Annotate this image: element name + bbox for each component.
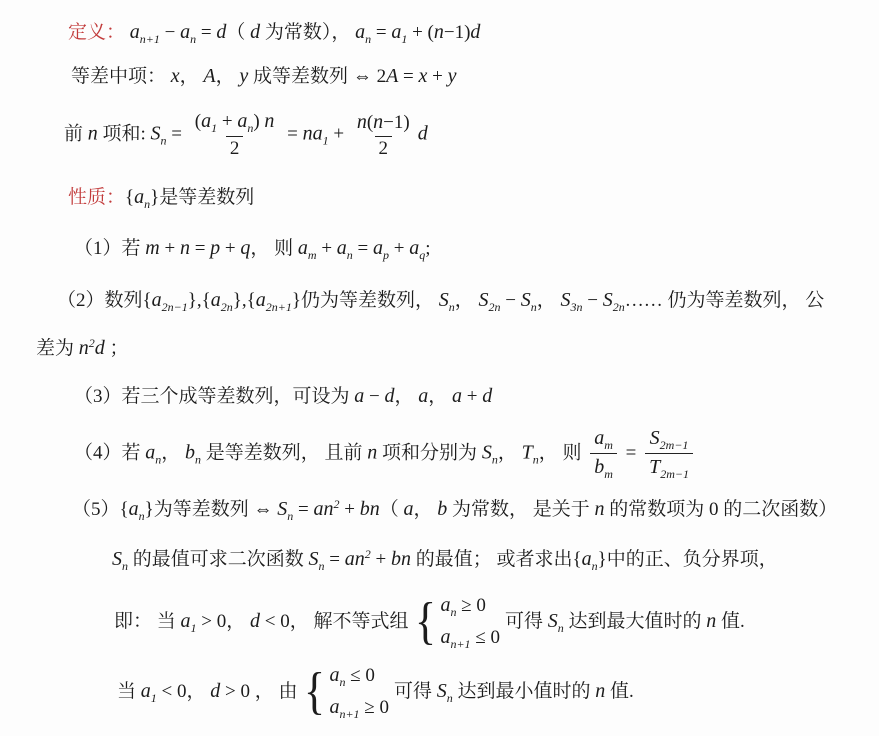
property-4-line: （4）若 an， bn 是等差数列， 且前 n 项和分别为 Sn， Tn， 则 … xyxy=(74,426,697,482)
property-5-note-line: Sn 的最值可求二次函数 Sn = an2 + bn 的最值； 或者求出{an}… xyxy=(112,547,778,574)
left-brace: { xyxy=(304,669,325,716)
fraction: n(n−1)2 xyxy=(353,110,414,161)
max-value-case-line: 即： 当 a1 > 0， d < 0， 解不等式组{an ≥ 0an+1 ≤ 0… xyxy=(114,594,745,651)
fraction: ambm xyxy=(590,426,617,482)
property-2-continuation-line: 差为 n2d ； xyxy=(36,336,129,361)
property-2-line: （2）数列{a2n−1},{a2n},{a2n+1}仍为等差数列， Sn， S2… xyxy=(57,288,824,315)
property-3-line: （3）若三个成等差数列，可设为 a − d， a， a + d xyxy=(74,384,492,409)
sum-formula-line: 前 n 项和: Sn = (a1 + an) n2 = na1 + n(n−1)… xyxy=(64,109,428,161)
inequality-system: {an ≥ 0an+1 ≤ 0 xyxy=(413,594,500,651)
min-value-case-line: 当 a1 < 0， d > 0 ， 由{an ≤ 0an+1 ≥ 0可得 Sn … xyxy=(117,664,634,721)
left-brace: { xyxy=(415,599,436,646)
fraction: (a1 + an) n2 xyxy=(191,109,279,161)
inequality-system: {an ≤ 0an+1 ≥ 0 xyxy=(302,664,389,721)
definition-line: 定义： an+1 − an = d（ d 为常数）， an = a1 + (n−… xyxy=(68,20,480,47)
property-5-line: （5）{an}为等差数列 ⇔ Sn = an2 + bn（ a， b 为常数， … xyxy=(72,497,837,524)
properties-heading-line: 性质：{an}是等差数列 xyxy=(68,185,254,212)
property-1-line: （1）若 m + n = p + q， 则 am + an = ap + aq; xyxy=(74,236,431,263)
fraction: S2m−1T2m−1 xyxy=(645,426,693,482)
arithmetic-mean-line: 等差中项： x， A， y 成等差数列 ⇔ 2A = x + y xyxy=(71,64,457,89)
math-notes-document: 定义： an+1 − an = d（ d 为常数）， an = a1 + (n−… xyxy=(0,0,879,736)
